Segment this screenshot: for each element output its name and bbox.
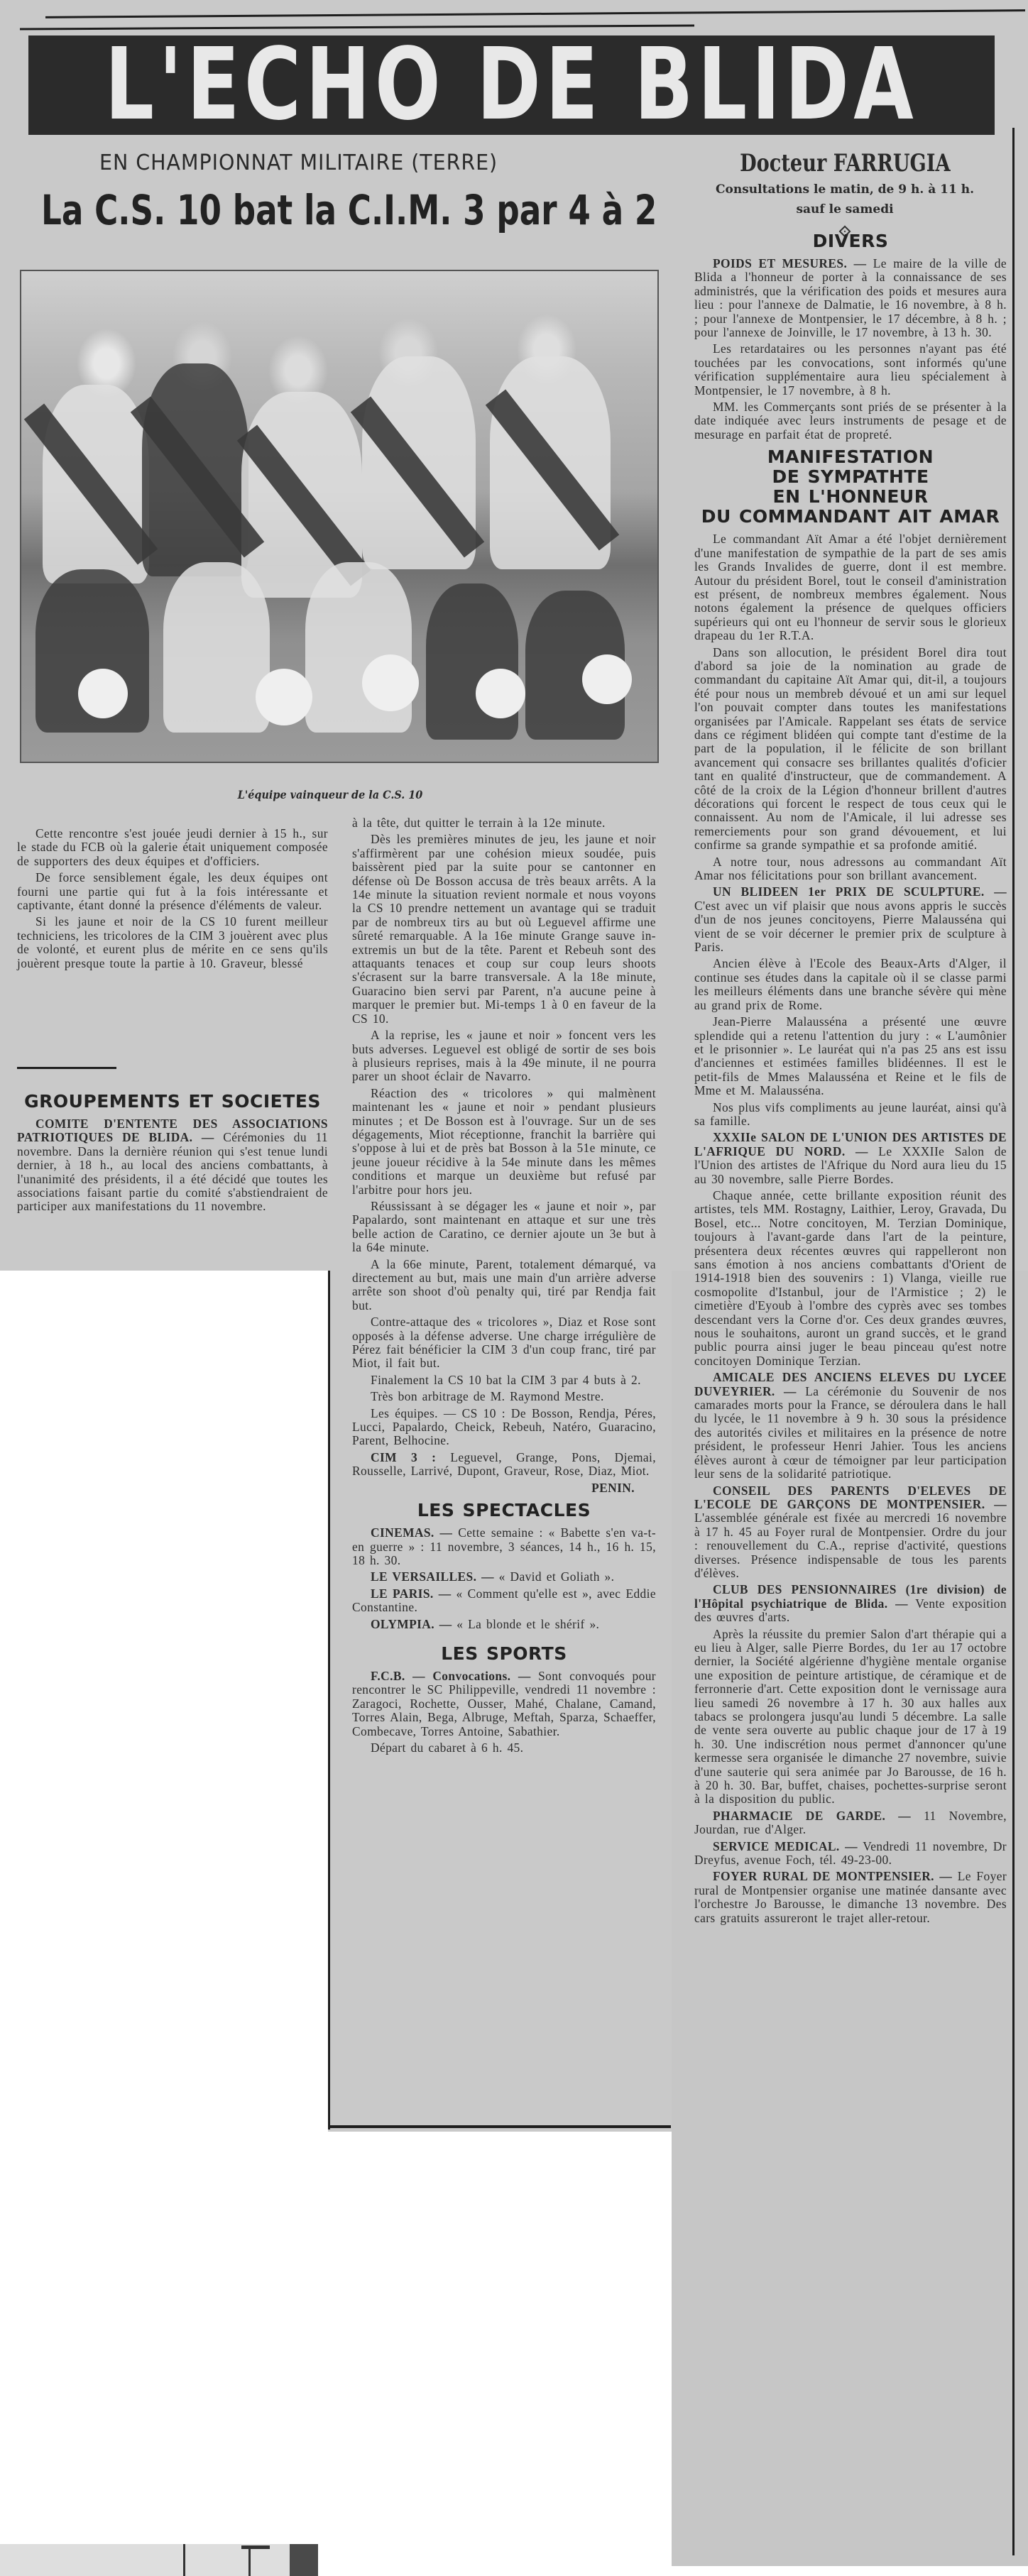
article-paragraph: Dès les premières minutes de jeu, les ja… <box>352 833 656 1026</box>
middle-column-bottom-rule <box>330 2125 671 2128</box>
notice-text: « David et Goliath ». <box>499 1569 615 1584</box>
notice-item: SERVICE MEDICAL. — Vendredi 11 novembre,… <box>694 1840 1007 1868</box>
notice-lead: SERVICE MEDICAL. — <box>713 1839 858 1853</box>
manifestation-title-line: DU COMMANDANT AIT AMAR <box>694 507 1007 527</box>
article-paragraph: Finalement la CS 10 bat la CIM 3 par 4 b… <box>352 1374 656 1387</box>
notice-lead: F.C.B. — Convocations. — <box>371 1669 531 1683</box>
notice-item: CLUB DES PENSIONNAIRES (1re division) de… <box>694 1583 1007 1624</box>
notice-lead: FOYER RURAL DE MONTPENSIER. — <box>713 1869 952 1883</box>
article-paragraph: Très bon arbitrage de M. Raymond Mestre. <box>352 1390 656 1403</box>
notice-item: CINEMAS. — Cette semaine : « Babette s'e… <box>352 1526 656 1567</box>
article-paragraph: A la reprise, les « jaune et noir » fonc… <box>352 1029 656 1084</box>
right-column-rule <box>1012 128 1015 2555</box>
article-paragraph: A la 66e minute, Parent, totalement déma… <box>352 1258 656 1313</box>
article-paragraph: Contre-attaque des « tricolores », Diaz … <box>352 1315 656 1371</box>
section-title-groupements: GROUPEMENTS ET SOCIETES <box>17 1092 328 1112</box>
photo-caption: L'équipe vainqueur de la C.S. 10 <box>33 788 628 801</box>
notice-lead: LE VERSAILLES. — <box>371 1569 494 1584</box>
notice-text: « La blonde et le shérif ». <box>456 1617 599 1631</box>
notice-lead: POIDS ET MESURES. — <box>713 256 866 270</box>
notice-item: CONSEIL DES PARENTS D'ELEVES DE L'ECOLE … <box>694 1484 1007 1581</box>
team-lineup-cs10: Les équipes. — CS 10 : De Bosson, Rendja… <box>352 1407 656 1448</box>
notice-item: OLYMPIA. — « La blonde et le shérif ». <box>352 1618 656 1631</box>
doctor-name: Docteur FARRUGIA <box>740 149 951 177</box>
article-signature: PENIN. <box>352 1481 656 1495</box>
notice-paragraph: MM. les Commerçants sont priés de se pré… <box>694 400 1007 442</box>
notice-paragraph: Jean-Pierre Malausséna a présenté une œu… <box>694 1015 1007 1097</box>
article-paragraph: De force sensiblement égale, les deux éq… <box>17 871 328 912</box>
notice-item: LE VERSAILLES. — « David et Goliath ». <box>352 1570 656 1584</box>
divers-column: DIVERS POIDS ET MESURES. — Le maire de l… <box>694 226 1007 1928</box>
notice-lead: CINEMAS. — <box>371 1525 452 1540</box>
manifestation-title-line: EN L'HONNEUR <box>694 487 1007 507</box>
notice-paragraph: Ancien élève à l'Ecole des Beaux-Arts d'… <box>694 957 1007 1012</box>
article-paragraph: Réussissant à se dégager les « jaune et … <box>352 1200 656 1255</box>
team-photo <box>20 270 659 763</box>
notice-text: Départ du cabaret à 6 h. 45. <box>371 1741 523 1755</box>
groupements-section: GROUPEMENTS ET SOCIETES COMITE D'ENTENTE… <box>17 1086 328 1217</box>
notice-paragraph: Après la réussite du premier Salon d'art… <box>694 1628 1007 1807</box>
notice-item: COMITE D'ENTENTE DES ASSOCIATIONS PATRIO… <box>17 1117 328 1214</box>
notice-item: UN BLIDEEN 1er PRIX DE SCULPTURE. — C'es… <box>694 885 1007 954</box>
section-title-divers: DIVERS <box>694 231 1007 251</box>
article-paragraph: Réaction des « tricolores » qui malmènen… <box>352 1087 656 1197</box>
adjacent-clipping-fragment <box>0 2544 318 2576</box>
notice-item: AMICALE DES ANCIENS ELEVES DU LYCEE DUVE… <box>694 1371 1007 1481</box>
doctor-hours-line1: Consultations le matin, de 9 h. à 11 h. <box>682 182 1008 197</box>
notice-paragraph: Nos plus vifs compliments au jeune lauré… <box>694 1101 1007 1129</box>
notice-lead: CONSEIL DES PARENTS D'ELEVES DE L'ECOLE … <box>694 1484 1007 1511</box>
notice-item: PHARMACIE DE GARDE. — 11 Novembre, Jourd… <box>694 1809 1007 1837</box>
notice-item: Départ du cabaret à 6 h. 45. <box>352 1741 656 1755</box>
notice-paragraph: Chaque année, cette brillante exposition… <box>694 1189 1007 1368</box>
article-kicker: EN CHAMPIONNAT MILITAIRE (TERRE) <box>99 150 498 175</box>
notice-paragraph: Les retardataires ou les personnes n'aya… <box>694 342 1007 398</box>
masthead-title: L'ECHO DE BLIDA <box>105 35 918 135</box>
doctor-hours-line2: sauf le samedi <box>682 202 1008 217</box>
team-label: CIM 3 : <box>371 1450 436 1464</box>
notice-lead: OLYMPIA. — <box>371 1617 452 1631</box>
notice-paragraph: Le commandant Aït Amar a été l'objet der… <box>694 532 1007 642</box>
article-paragraph: Cette rencontre s'est jouée jeudi dernie… <box>17 827 328 868</box>
notice-item: POIDS ET MESURES. — Le maire de la ville… <box>694 257 1007 339</box>
section-separator-rule <box>17 1067 116 1069</box>
notice-text: La cérémonie du Souvenir de nos camarade… <box>694 1384 1007 1481</box>
notice-item: LE PARIS. — « Comment qu'elle est », ave… <box>352 1587 656 1615</box>
article-paragraph: Si les jaune et noir de la CS 10 furent … <box>17 915 328 970</box>
team-lineup-cim3: CIM 3 : Leguevel, Grange, Pons, Djemai, … <box>352 1451 656 1479</box>
manifestation-title-line: MANIFESTATION <box>694 447 1007 467</box>
masthead: L'ECHO DE BLIDA <box>28 35 995 135</box>
section-title-spectacles: LES SPECTACLES <box>352 1501 656 1520</box>
notice-item: XXXIIe SALON DE L'UNION DES ARTISTES DE … <box>694 1131 1007 1186</box>
notice-lead: UN BLIDEEN 1er PRIX DE SCULPTURE. — <box>713 884 1007 899</box>
notice-item: FOYER RURAL DE MONTPENSIER. — Le Foyer r… <box>694 1870 1007 1925</box>
team-label: Les équipes. — CS 10 : <box>371 1406 505 1420</box>
article-column-left: Cette rencontre s'est jouée jeudi dernie… <box>17 827 328 973</box>
middle-column-left-rule <box>328 1271 330 2130</box>
manifestation-title-line: DE SYMPATHTE <box>694 467 1007 487</box>
section-title-sports: LES SPORTS <box>352 1644 656 1664</box>
notice-item: F.C.B. — Convocations. — Sont convoqués … <box>352 1670 656 1738</box>
article-column-middle: à la tête, dut quitter le terrain à la 1… <box>352 816 656 1758</box>
notice-paragraph: A notre tour, nous adressons au commanda… <box>694 855 1007 883</box>
article-headline: La C.S. 10 bat la C.I.M. 3 par 4 à 2 <box>41 186 657 234</box>
notice-text: C'est avec un vif plaisir que nous avons… <box>694 899 1007 954</box>
notice-lead: LE PARIS. — <box>371 1586 452 1601</box>
article-paragraph: à la tête, dut quitter le terrain à la 1… <box>352 816 656 830</box>
notice-lead: PHARMACIE DE GARDE. — <box>713 1809 911 1823</box>
notice-paragraph: Dans son allocution, le président Borel … <box>694 646 1007 853</box>
notice-text: L'assemblée générale est fixée au mercre… <box>694 1511 1007 1580</box>
